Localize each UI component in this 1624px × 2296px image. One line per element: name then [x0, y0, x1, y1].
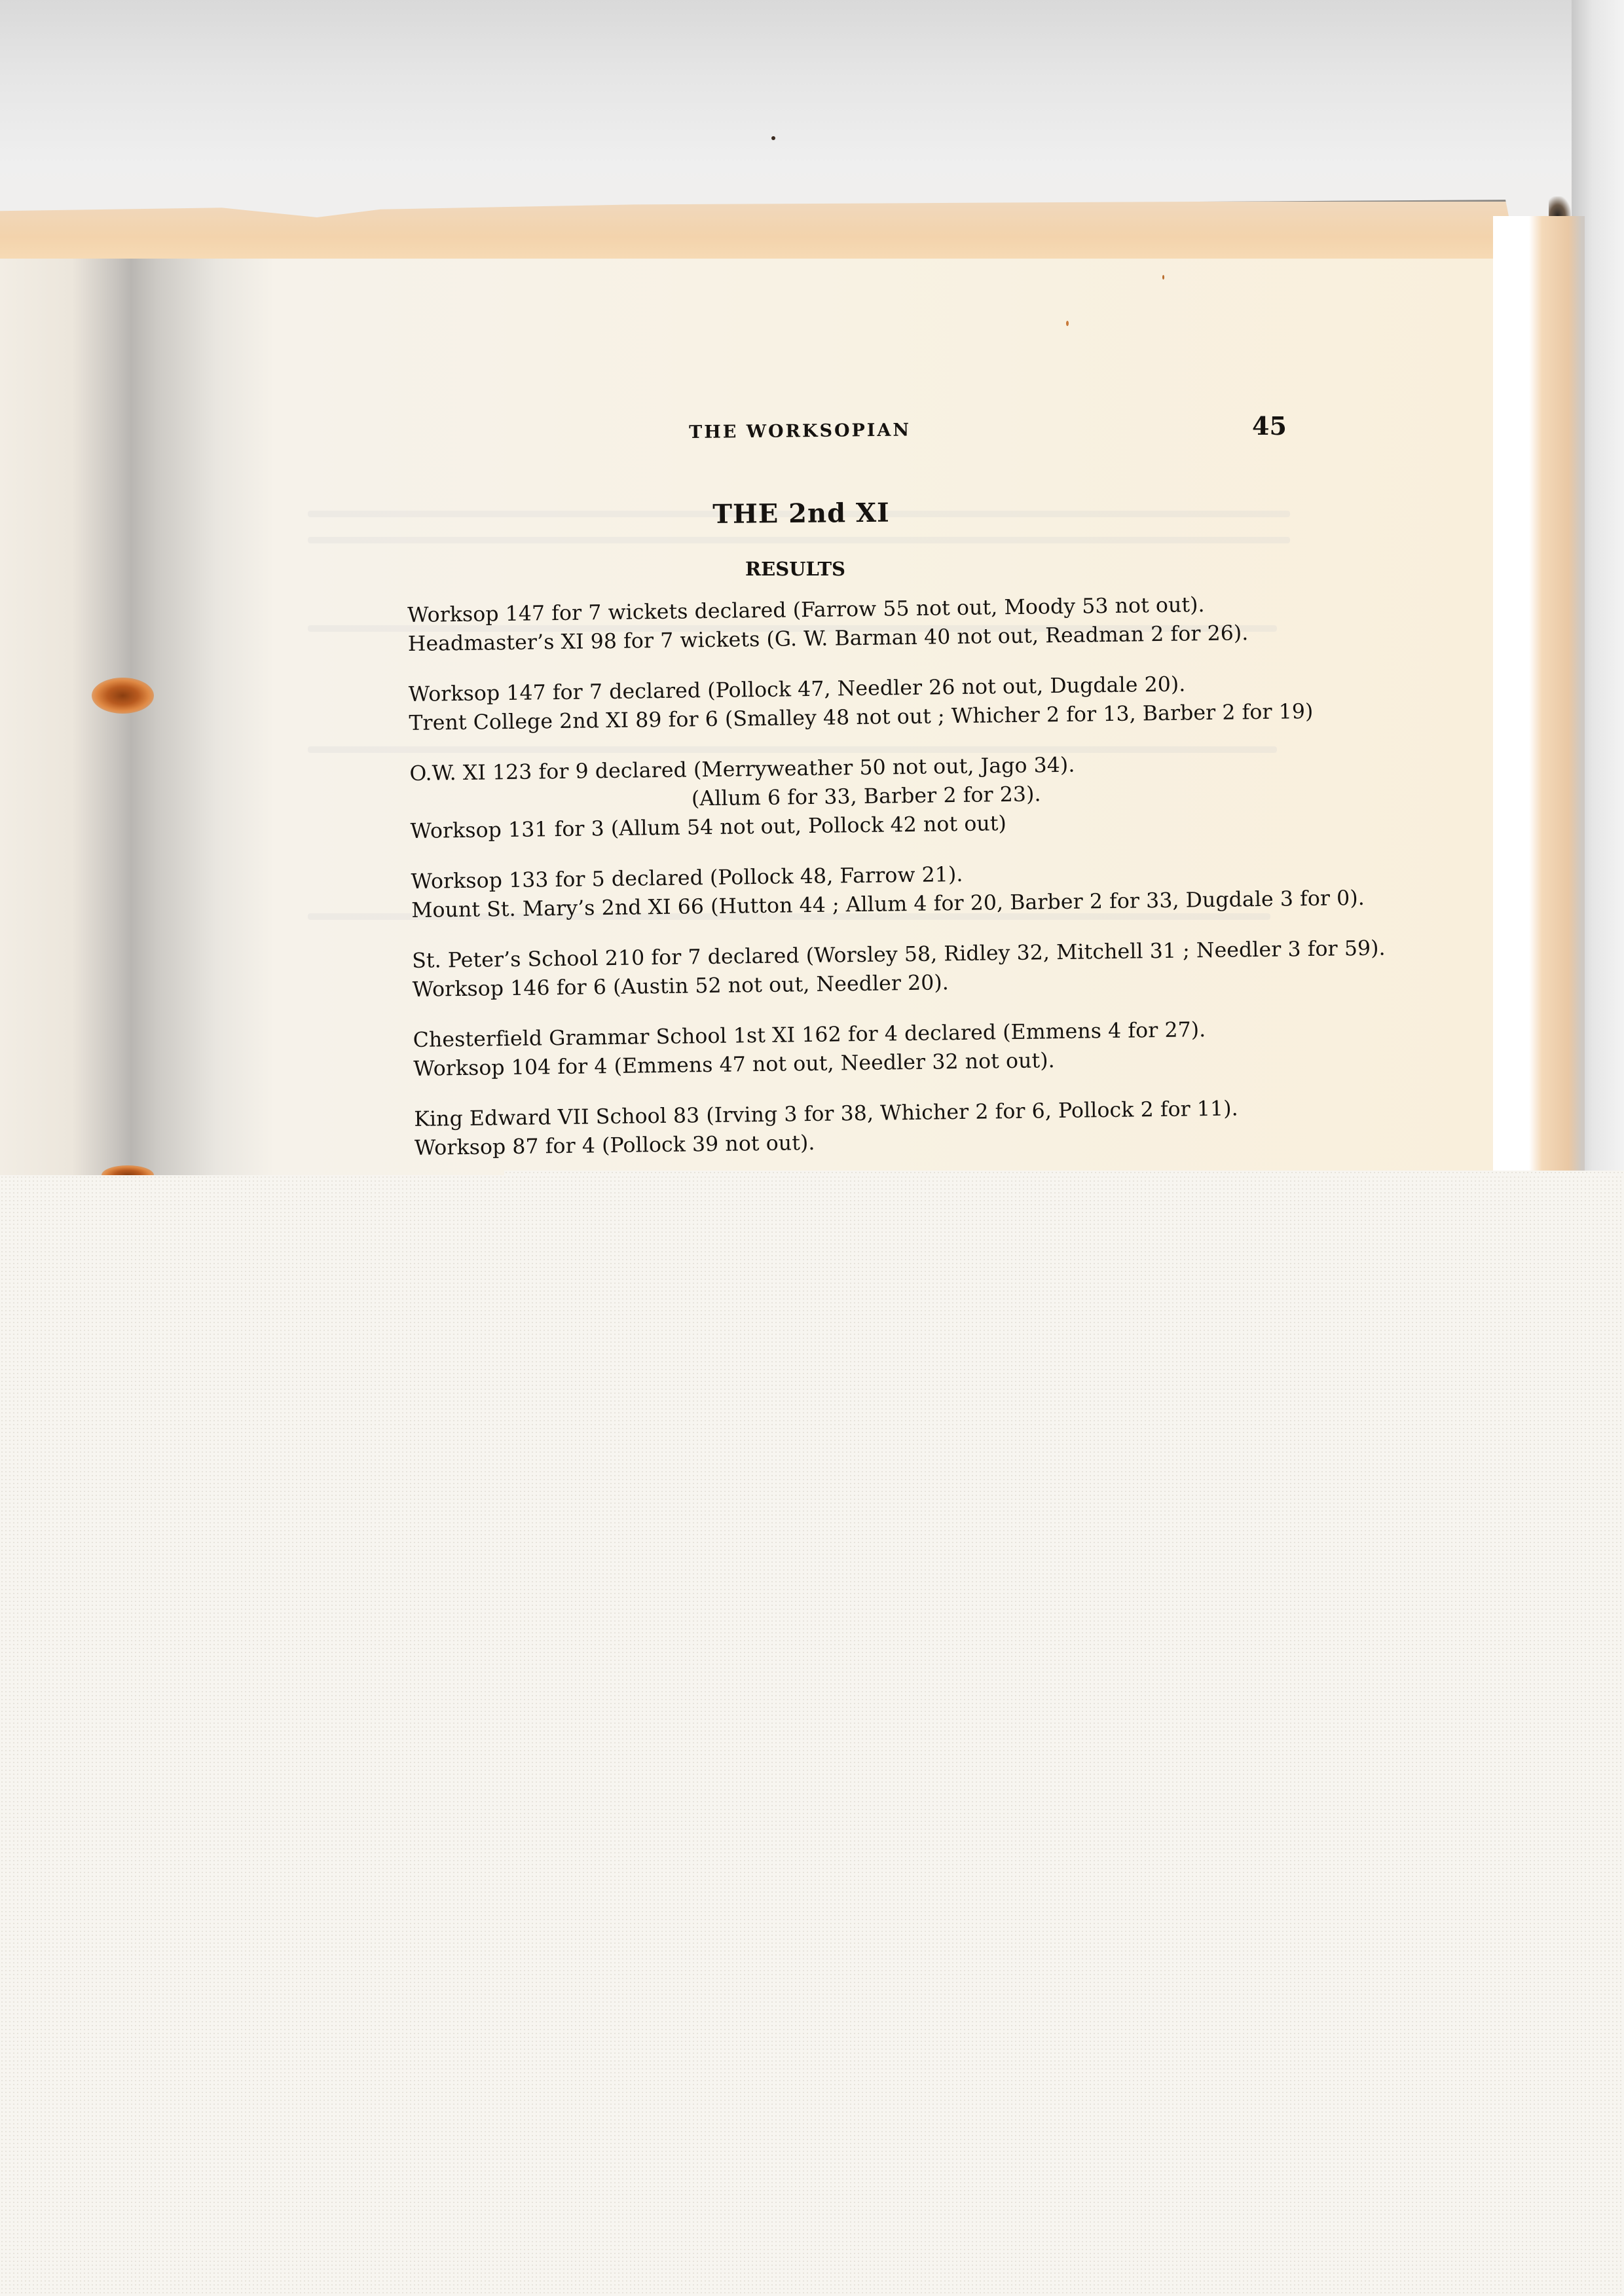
blank-placeholder-area: [0, 1175, 1624, 2296]
match-result: Worksop 133 for 5 declared (Pollock 48, …: [411, 856, 1315, 925]
match-result: Worksop 147 for 7 wickets declared (Farr…: [407, 589, 1312, 659]
section-title: THE 2nd XI: [712, 498, 890, 530]
running-head: THE WORKSOPIAN: [689, 420, 911, 443]
match-result: O.W. XI 123 for 9 declared (Merryweather…: [409, 748, 1314, 846]
section-subtitle: RESULTS: [745, 558, 845, 580]
match-result: King Edward VII School 83 (Irving 3 for …: [414, 1093, 1318, 1163]
match-result: Worksop 147 for 7 declared (Pollock 47, …: [409, 668, 1313, 738]
page-number: 45: [1252, 411, 1287, 441]
match-result: St. Peter’s School 210 for 7 declared (W…: [412, 935, 1316, 1004]
match-result: Chesterfield Grammar School 1st XI 162 f…: [413, 1014, 1317, 1084]
page-text: THE WORKSOPIAN 45 THE 2nd XI RESULTS Wor…: [0, 0, 1624, 1175]
